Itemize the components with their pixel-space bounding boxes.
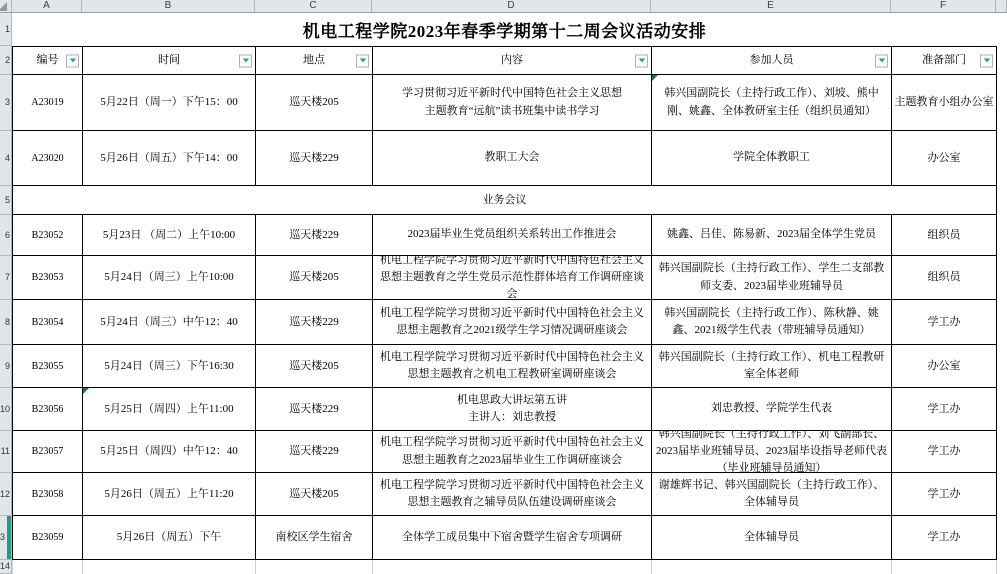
cell-id[interactable]: B23054 — [13, 300, 83, 345]
cell-id[interactable]: A23019 — [13, 75, 83, 131]
row-header-7[interactable]: 7 — [0, 256, 12, 300]
filter-dropdown-icon — [360, 59, 366, 63]
cell-time[interactable]: 5月26日（周五）下午 — [83, 516, 256, 560]
filter-dropdown-icon — [243, 59, 249, 63]
title-row: 机电工程学院2023年春季学期第十二周会议活动安排 — [12, 13, 997, 46]
cell-location[interactable]: 巡天楼229 — [256, 431, 373, 473]
section-cell[interactable]: 业务会议 — [13, 186, 997, 215]
cell-content[interactable]: 机电工程学院学习贯彻习近平新时代中国特色社会主义思想主题教育之学生党员示范性群体… — [373, 256, 652, 300]
section-row: 业务会议 — [12, 186, 997, 215]
table-row-B23052: B230525月23日 （周二）上午10:00巡天楼2292023届毕业生党员组… — [12, 215, 997, 256]
title-cell[interactable]: 机电工程学院2023年春季学期第十二周会议活动安排 — [12, 13, 997, 46]
cell-time[interactable]: 5月24日（周三）上午10:00 — [83, 256, 256, 300]
cell-department[interactable]: 组织员 — [892, 215, 997, 256]
cell-content[interactable]: 学习贯彻习近平新时代中国特色社会主义思想 主题教育“远航”读书班集中读书学习 — [373, 75, 652, 131]
header-cell-department[interactable]: 准备部门 — [892, 47, 997, 75]
filter-button[interactable] — [635, 54, 648, 67]
row-header-13[interactable]: 13 — [0, 516, 12, 560]
row-header-6[interactable]: 6 — [0, 215, 12, 256]
cell-id[interactable]: B23058 — [13, 473, 83, 516]
cell-time[interactable]: 5月22日（周一）下午15：00 — [83, 75, 256, 131]
column-letter-D[interactable]: D — [372, 0, 651, 12]
header-label: 地点 — [303, 52, 325, 69]
empty-cell[interactable] — [892, 560, 997, 574]
cell-location[interactable]: 巡天楼205 — [256, 256, 373, 300]
column-letter-C[interactable]: C — [255, 0, 372, 12]
cell-content[interactable]: 教职工大会 — [373, 131, 652, 186]
cell-location[interactable]: 巡天楼229 — [256, 215, 373, 256]
cell-participants[interactable]: 谢雄辉书记、韩兴国副院长（主持行政工作）、全体辅导员 — [652, 473, 892, 516]
cell-participants[interactable]: 韩兴国副院长（主持行政工作）、刘飞副部长、2023届毕业班辅导员、2023届毕设… — [652, 431, 892, 473]
empty-cell[interactable] — [652, 560, 892, 574]
empty-row[interactable] — [12, 560, 997, 574]
table-row-B23057: B230575月25日（周四）中午12：40巡天楼229机电工程学院学习贯彻习近… — [12, 431, 997, 473]
header-label: 准备部门 — [922, 52, 966, 69]
empty-cell[interactable] — [13, 560, 83, 574]
cell-department[interactable]: 学工办 — [892, 473, 997, 516]
row-header-3[interactable]: 3 — [0, 75, 12, 131]
cell-content[interactable]: 机电工程学院学习贯彻习近平新时代中国特色社会主义思想主题教育之机电工程教研室调研… — [373, 345, 652, 388]
table-body: A230195月22日（周一）下午15：00巡天楼205学习贯彻习近平新时代中国… — [12, 75, 997, 560]
table-row-B23058: B230585月26日（周五）上午11:20巡天楼205机电工程学院学习贯彻习近… — [12, 473, 997, 516]
cell-time[interactable]: 5月25日（周四）中午12：40 — [83, 431, 256, 473]
cell-department[interactable]: 办公室 — [892, 345, 997, 388]
filter-dropdown-icon — [879, 59, 885, 63]
table-row-B23054: B230545月24日（周三）中午12：40巡天楼229机电工程学院学习贯彻习近… — [12, 300, 997, 345]
cell-department[interactable]: 学工办 — [892, 516, 997, 560]
table-row-B23056: B230565月25日（周四）上午11:00巡天楼229机电思政大讲坛第五讲 主… — [12, 388, 997, 431]
select-all-triangle-icon — [0, 2, 7, 11]
cell-time[interactable]: 5月24日（周三）中午12：40 — [83, 300, 256, 345]
cell-department[interactable]: 学工办 — [892, 388, 997, 431]
cell-corner-marker-icon — [83, 388, 89, 394]
cell-participants[interactable]: 姚鑫、吕佳、陈易新、2023届全体学生党员 — [652, 215, 892, 256]
table-row-B23059: B230595月26日（周五）下午南校区学生宿舍全体学工成员集中下宿舍暨学生宿舍… — [12, 516, 997, 560]
filter-button[interactable] — [875, 54, 888, 67]
header-cell-participants[interactable]: 参加人员 — [652, 47, 892, 75]
filter-dropdown-icon — [70, 59, 76, 63]
row-header-12[interactable]: 12 — [0, 473, 12, 516]
cell-time[interactable]: 5月25日（周四）上午11:00 — [83, 388, 256, 431]
cell-time[interactable]: 5月26日（周五）下午14：00 — [83, 131, 256, 186]
row-header-11[interactable]: 11 — [0, 431, 12, 473]
filter-button[interactable] — [66, 54, 79, 67]
header-label: 内容 — [501, 52, 523, 69]
empty-cell[interactable] — [373, 560, 652, 574]
cell-location[interactable]: 巡天楼205 — [256, 345, 373, 388]
cell-content[interactable]: 机电思政大讲坛第五讲 主讲人：刘忠教授 — [373, 388, 652, 431]
header-cell-content[interactable]: 内容 — [373, 47, 652, 75]
cell-content[interactable]: 机电工程学院学习贯彻习近平新时代中国特色社会主义思想主题教育之辅导员队伍建设调研… — [373, 473, 652, 516]
cell-department[interactable]: 学工办 — [892, 300, 997, 345]
spreadsheet-window: ABCDEF 1234567891011121314 机电工程学院2023年春季… — [0, 0, 1007, 574]
column-header-strip: ABCDEF — [0, 0, 1007, 13]
column-letter-A[interactable]: A — [12, 0, 82, 12]
cell-time[interactable]: 5月23日 （周二）上午10:00 — [83, 215, 256, 256]
cell-participants[interactable]: 全体辅导员 — [652, 516, 892, 560]
header-row: 编号时间地点内容参加人员准备部门 — [12, 46, 997, 75]
cell-id[interactable]: B23053 — [13, 256, 83, 300]
cell-time[interactable]: 5月24日（周三）下午16:30 — [83, 345, 256, 388]
table-row-B23053: B230535月24日（周三）上午10:00巡天楼205机电工程学院学习贯彻习近… — [12, 256, 997, 300]
cell-department[interactable]: 主题教育小组办公室 — [892, 75, 997, 131]
table-row-A23020: A230205月26日（周五）下午14：00巡天楼229教职工大会学院全体教职工… — [12, 131, 997, 186]
table-row-B23055: B230555月24日（周三）下午16:30巡天楼205机电工程学院学习贯彻习近… — [12, 345, 997, 388]
filter-button[interactable] — [239, 54, 252, 67]
cell-id[interactable]: B23055 — [13, 345, 83, 388]
cell-id[interactable]: B23059 — [13, 516, 83, 560]
table-row-A23019: A230195月22日（周一）下午15：00巡天楼205学习贯彻习近平新时代中国… — [12, 75, 997, 131]
column-letter-E[interactable]: E — [651, 0, 891, 12]
row-header-1[interactable]: 1 — [0, 13, 12, 46]
cell-participants[interactable]: 韩兴国副院长（主持行政工作）、刘坡、熊中刚、姚鑫、全体教研室主任（组织员通知） — [652, 75, 892, 131]
row-header-14[interactable]: 14 — [0, 560, 12, 574]
header-label: 参加人员 — [750, 52, 794, 69]
row-header-2[interactable]: 2 — [0, 46, 12, 75]
row-header-9[interactable]: 9 — [0, 345, 12, 388]
filter-button[interactable] — [980, 54, 993, 67]
cell-department[interactable]: 学工办 — [892, 431, 997, 473]
header-label: 时间 — [158, 52, 180, 69]
row-header-8[interactable]: 8 — [0, 300, 12, 345]
table-area: 机电工程学院2023年春季学期第十二周会议活动安排 编号时间地点内容参加人员准备… — [12, 13, 997, 574]
empty-cell[interactable] — [83, 560, 256, 574]
cell-content[interactable]: 机电工程学院学习贯彻习近平新时代中国特色社会主义思想主题教育之2021级学生学习… — [373, 300, 652, 345]
cell-participants[interactable]: 刘忠教授、学院学生代表 — [652, 388, 892, 431]
cell-location[interactable]: 巡天楼205 — [256, 75, 373, 131]
cell-location[interactable]: 巡天楼229 — [256, 131, 373, 186]
filter-button[interactable] — [356, 54, 369, 67]
cell-content[interactable]: 机电工程学院学习贯彻习近平新时代中国特色社会主义思想主题教育之2023届毕业生工… — [373, 431, 652, 473]
cell-location[interactable]: 南校区学生宿舍 — [256, 516, 373, 560]
header-label: 编号 — [37, 52, 59, 69]
cell-department[interactable]: 办公室 — [892, 131, 997, 186]
row-header-10[interactable]: 10 — [0, 388, 12, 431]
cell-department[interactable]: 组织员 — [892, 256, 997, 300]
header-cell-time[interactable]: 时间 — [83, 47, 256, 75]
cell-participants[interactable]: 韩兴国副院长（主持行政工作）、机电工程教研室全体老师 — [652, 345, 892, 388]
filter-dropdown-icon — [639, 59, 645, 63]
cell-id[interactable]: B23057 — [13, 431, 83, 473]
column-letter-B[interactable]: B — [82, 0, 255, 12]
cell-id[interactable]: B23056 — [13, 388, 83, 431]
cell-content[interactable]: 2023届毕业生党员组织关系转出工作推进会 — [373, 215, 652, 256]
empty-cell[interactable] — [256, 560, 373, 574]
cell-time[interactable]: 5月26日（周五）上午11:20 — [83, 473, 256, 516]
column-letter-F[interactable]: F — [891, 0, 996, 12]
cell-location[interactable]: 巡天楼229 — [256, 300, 373, 345]
column-letter-gutter — [996, 0, 1007, 12]
header-cell-id[interactable]: 编号 — [13, 47, 83, 75]
select-all-corner[interactable] — [0, 0, 12, 12]
cell-corner-marker-icon — [652, 75, 658, 81]
row-header-strip: 1234567891011121314 — [0, 13, 12, 574]
cell-participants[interactable]: 学院全体教职工 — [652, 131, 892, 186]
cell-participants[interactable]: 韩兴国副院长（主持行政工作）、学生二支部教师支委、2023届毕业班辅导员 — [652, 256, 892, 300]
cell-id[interactable]: B23052 — [13, 215, 83, 256]
cell-content[interactable]: 全体学工成员集中下宿舍暨学生宿舍专项调研 — [373, 516, 652, 560]
cell-location[interactable]: 巡天楼229 — [256, 388, 373, 431]
row-header-4[interactable]: 4 — [0, 131, 12, 186]
cell-id[interactable]: A23020 — [13, 131, 83, 186]
header-cell-location[interactable]: 地点 — [256, 47, 373, 75]
filter-dropdown-icon — [984, 59, 990, 63]
cell-location[interactable]: 巡天楼205 — [256, 473, 373, 516]
cell-participants[interactable]: 韩兴国副院长（主持行政工作）、陈秋静、姚鑫、2021级学生代表（带班辅导员通知） — [652, 300, 892, 345]
row-header-5[interactable]: 5 — [0, 186, 12, 215]
